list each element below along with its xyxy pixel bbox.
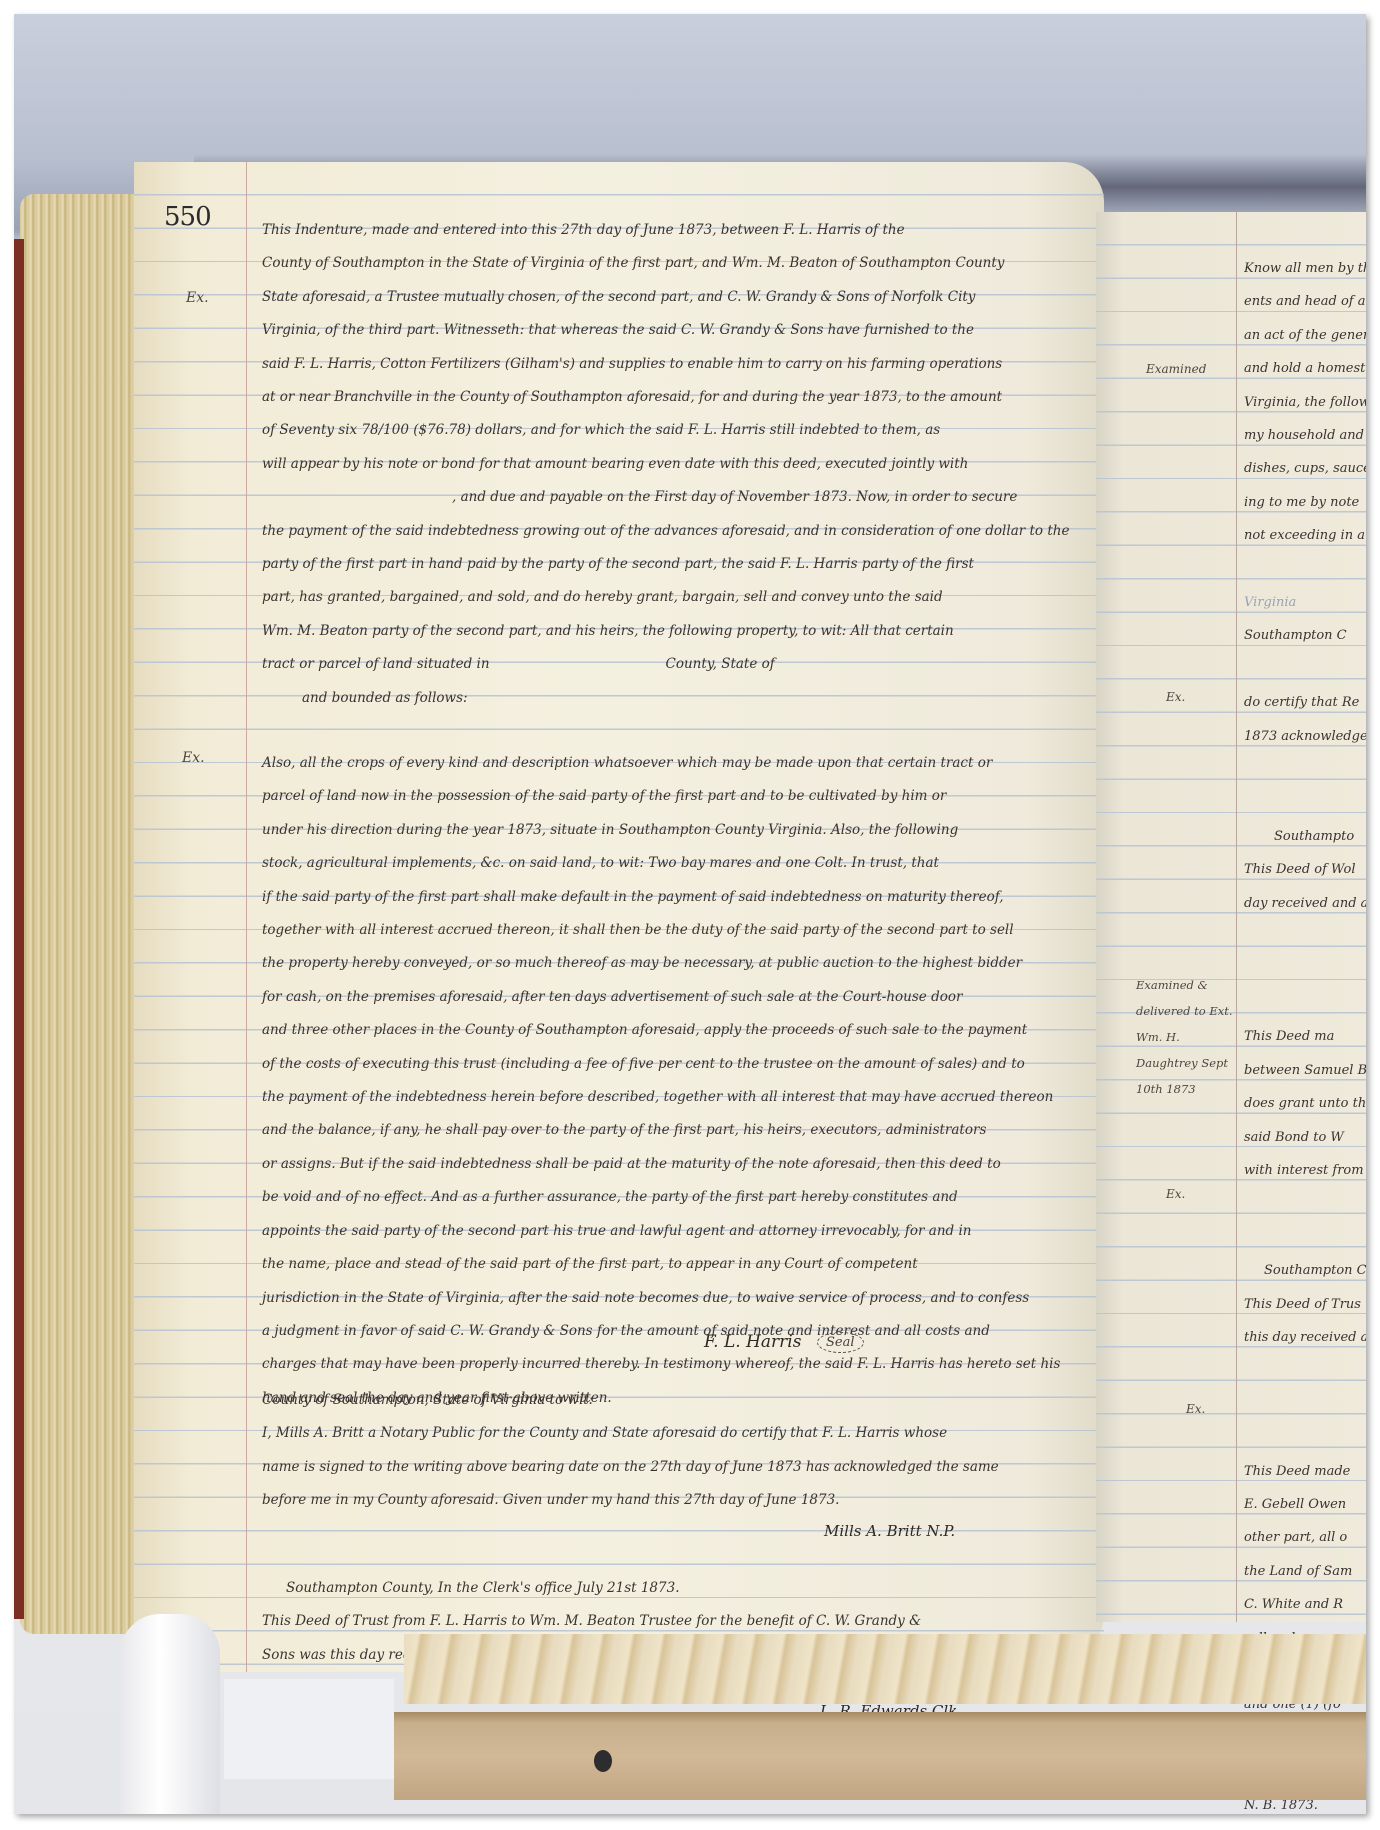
text-line: State aforesaid, a Trustee mutually chos… bbox=[262, 281, 1072, 314]
margin-line bbox=[246, 162, 247, 1672]
margin-note-examined: Ex. bbox=[1186, 1402, 1205, 1416]
text-line bbox=[1244, 1354, 1366, 1387]
indenture-text: This Indenture, made and entered into th… bbox=[262, 214, 1072, 715]
text-line: Know all men by these bbox=[1244, 252, 1366, 285]
text-line: This Indenture, made and entered into th… bbox=[262, 214, 1072, 247]
text-line: ents and head of a f bbox=[1244, 285, 1366, 318]
text-line bbox=[1244, 1421, 1366, 1454]
acknowledgment-text: County of Southampton, State of Virginia… bbox=[262, 1384, 1072, 1518]
book-cover-edge bbox=[14, 239, 24, 1619]
right-page: Examined Ex. Examined & delivered to Ext… bbox=[1096, 212, 1366, 1622]
text-line: I, Mills A. Britt a Notary Public for th… bbox=[262, 1417, 1072, 1450]
text-line: name is signed to the writing above bear… bbox=[262, 1451, 1072, 1484]
text-line bbox=[1244, 653, 1366, 686]
text-line: a judgment in favor of said C. W. Grandy… bbox=[262, 1315, 1072, 1348]
text-line: or assigns. But if the said indebtedness… bbox=[262, 1148, 1072, 1181]
text-line: party of the first part in hand paid by … bbox=[262, 548, 1072, 581]
text-line: parcel of land now in the possession of … bbox=[262, 780, 1072, 813]
text-line: the name, place and stead of the said pa… bbox=[262, 1248, 1072, 1281]
text-line: does grant unto th bbox=[1244, 1087, 1366, 1120]
margin-note-examined: Ex. bbox=[1166, 1187, 1185, 1201]
text-line bbox=[1244, 1388, 1366, 1421]
text-line: Southampton C bbox=[1244, 619, 1366, 652]
text-line: stock, agricultural implements, &c. on s… bbox=[262, 847, 1072, 880]
text-line: dishes, cups, saucers, bbox=[1244, 452, 1366, 485]
text-line: with interest from bbox=[1244, 1154, 1366, 1187]
text-line: said F. L. Harris, Cotton Fertilizers (G… bbox=[262, 348, 1072, 381]
text-line: for cash, on the premises aforesaid, aft… bbox=[262, 981, 1072, 1014]
text-line: be void and of no effect. And as a furth… bbox=[262, 1181, 1072, 1214]
margin-note-examined: Ex. bbox=[182, 750, 205, 766]
text-line: charges that may have been properly incu… bbox=[262, 1348, 1072, 1381]
notary-signature: Mills A. Britt N.P. bbox=[824, 1522, 955, 1540]
text-line: E. Gebell Owen bbox=[1244, 1488, 1366, 1521]
text-line: do certify that Re bbox=[1244, 686, 1366, 719]
text-line: County of Southampton, State of Virginia… bbox=[262, 1384, 1072, 1417]
wall-surface bbox=[224, 1679, 394, 1779]
text-line: jurisdiction in the State of Virginia, a… bbox=[262, 1282, 1072, 1315]
text-line: other part, all o bbox=[1244, 1521, 1366, 1554]
trust-terms-text: Also, all the crops of every kind and de… bbox=[262, 747, 1072, 1415]
text-line bbox=[1244, 1187, 1366, 1220]
text-line: Virginia, of the third part. Witnesseth:… bbox=[262, 314, 1072, 347]
text-line: 1873 acknowledged bbox=[1244, 720, 1366, 753]
text-line: will appear by his note or bond for that… bbox=[262, 448, 1072, 481]
text-line: This Deed of Trus bbox=[1244, 1288, 1366, 1321]
text-line: said Bond to W bbox=[1244, 1121, 1366, 1154]
margin-note-examined: Ex. bbox=[1166, 690, 1185, 704]
text-line: County of Southampton in the State of Vi… bbox=[262, 247, 1072, 280]
text-line: day received and a bbox=[1244, 887, 1366, 920]
text-line: the property hereby conveyed, or so much… bbox=[262, 947, 1072, 980]
text-line: this day received an bbox=[1244, 1321, 1366, 1354]
text-line: C. White and R bbox=[1244, 1588, 1366, 1621]
margin-note-delivered: Examined & delivered to Ext. Wm. H. Daug… bbox=[1136, 972, 1236, 1102]
grantor-signature: F. L. Harris bbox=[704, 1332, 801, 1352]
text-line: Wm. M. Beaton party of the second part, … bbox=[262, 615, 1072, 648]
wooden-support-board bbox=[394, 1712, 1366, 1800]
text-line: Virginia bbox=[1244, 586, 1366, 619]
text-line bbox=[1244, 920, 1366, 953]
text-line bbox=[1244, 787, 1366, 820]
text-line: an act of the general bbox=[1244, 319, 1366, 352]
text-line: between Samuel Bond of bbox=[1244, 1054, 1366, 1087]
text-line bbox=[1244, 553, 1366, 586]
right-page-text: Know all men by these ents and head of a… bbox=[1244, 252, 1366, 1814]
text-line bbox=[1244, 987, 1366, 1020]
text-line bbox=[1244, 954, 1366, 987]
text-line: at or near Branchville in the County of … bbox=[262, 381, 1072, 414]
text-line: This Deed ma bbox=[1244, 1020, 1366, 1053]
margin-line bbox=[1236, 212, 1237, 1622]
text-line: the payment of the indebtedness herein b… bbox=[262, 1081, 1072, 1114]
text-line: together with all interest accrued there… bbox=[262, 914, 1072, 947]
text-line: and hold a homestead bbox=[1244, 352, 1366, 385]
text-line: not exceeding in amoun bbox=[1244, 519, 1366, 552]
page-number: 550 bbox=[164, 202, 211, 232]
text-line: if the said party of the first part shal… bbox=[262, 881, 1072, 914]
text-line: and bounded as follows: bbox=[262, 682, 1072, 715]
text-line: Virginia, the following bbox=[1244, 386, 1366, 419]
text-line: This Deed of Wol bbox=[1244, 853, 1366, 886]
wooden-support-top bbox=[404, 1634, 1366, 1704]
text-line: Southampto bbox=[1244, 820, 1366, 853]
white-glove-hand bbox=[120, 1614, 220, 1814]
text-line: Southampton C bbox=[1244, 1254, 1366, 1287]
text-line: Also, all the crops of every kind and de… bbox=[262, 747, 1072, 780]
text-line: and three other places in the County of … bbox=[262, 1014, 1072, 1047]
seal-mark: Seal bbox=[817, 1332, 864, 1353]
text-line: of Seventy six 78/100 ($76.78) dollars, … bbox=[262, 414, 1072, 447]
text-line: before me in my County aforesaid. Given … bbox=[262, 1484, 1072, 1517]
text-line: ing to me by note bbox=[1244, 486, 1366, 519]
text-line bbox=[1244, 753, 1366, 786]
text-line: under his direction during the year 1873… bbox=[262, 814, 1072, 847]
text-line: , and due and payable on the First day o… bbox=[262, 481, 1072, 514]
photograph: 550 Ex. Ex. This Indenture, made and ent… bbox=[14, 14, 1366, 1814]
text-line: appoints the said party of the second pa… bbox=[262, 1215, 1072, 1248]
text-line: Southampton County, In the Clerk's offic… bbox=[262, 1572, 1072, 1605]
text-line: my household and ki bbox=[1244, 419, 1366, 452]
text-line: the payment of the said indebtedness gro… bbox=[262, 515, 1072, 548]
margin-note-examined: Examined bbox=[1146, 362, 1206, 376]
text-line: This Deed made bbox=[1244, 1455, 1366, 1488]
text-line bbox=[1244, 1221, 1366, 1254]
screw-icon bbox=[594, 1750, 612, 1772]
text-line: of the costs of executing this trust (in… bbox=[262, 1048, 1072, 1081]
text-line: the Land of Sam bbox=[1244, 1555, 1366, 1588]
text-line: part, has granted, bargained, and sold, … bbox=[262, 581, 1072, 614]
left-page: 550 Ex. Ex. This Indenture, made and ent… bbox=[134, 162, 1104, 1672]
text-line: tract or parcel of land situated in Coun… bbox=[262, 648, 1072, 681]
text-line: and the balance, if any, he shall pay ov… bbox=[262, 1114, 1072, 1147]
margin-note-examined: Ex. bbox=[186, 290, 209, 306]
